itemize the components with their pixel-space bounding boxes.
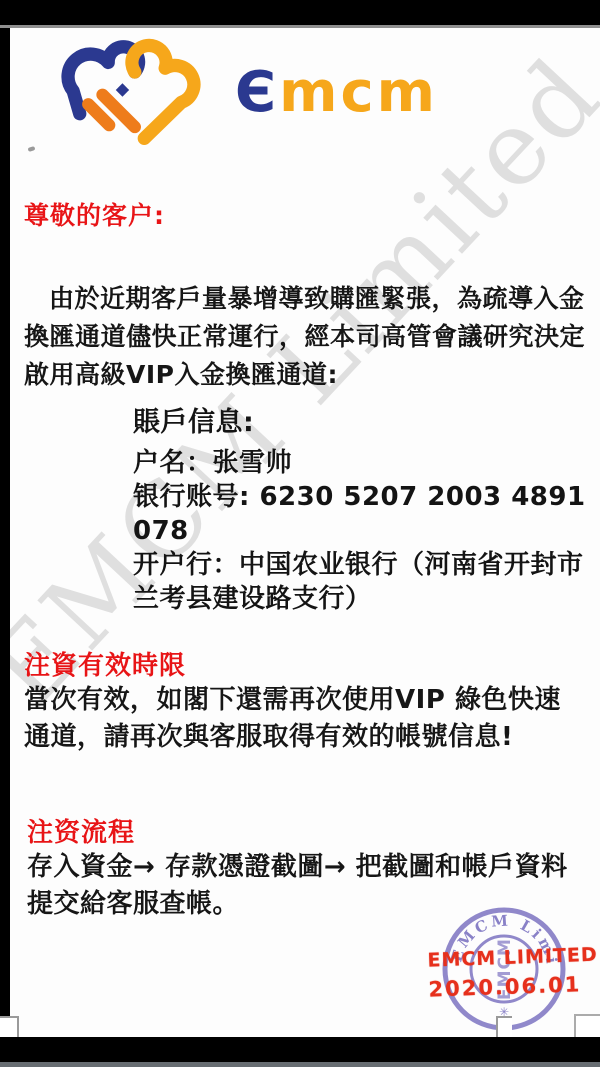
account-bank-line: 开户行：中国农业银行（河南省开封市兰考县建设路支行） [133,548,590,616]
account-info-title: 賬戶信息: [133,406,590,440]
top-letterbox-bar [0,0,600,28]
stamp-company-name: EMCM LIMITED [427,944,580,971]
left-letterbox-strip [0,28,10,1040]
process-heading: 注资流程 [27,812,135,849]
page-corner-middle [496,1016,512,1037]
account-holder-line: 户名：张雪帅 [133,446,590,480]
wordmark-letters-mcm: mcm [279,60,438,125]
stamp-overlay-text: EMCM LIMITED 2020.06.01 [427,944,581,1001]
greeting-heading: 尊敬的客户: [24,196,165,232]
validity-heading: 注資有效時限 [24,645,186,682]
notice-page: Єmcm EMCM Limited 尊敬的客户: 由於近期客戶量暴增導致購匯緊張… [0,0,600,1067]
brand-header: Єmcm [55,34,438,146]
emcm-wordmark: Єmcm [235,65,438,121]
page-corner-left [0,1016,19,1037]
wordmark-letter-e: Є [235,60,279,125]
emcm-heart-logo [55,34,207,146]
account-info-block: 賬戶信息: 户名：张雪帅 银行账号: 6230 5207 2003 4891 0… [133,406,590,616]
bottom-letterbox-bar [0,1037,600,1067]
stray-mark [28,146,36,152]
validity-paragraph: 當次有效，如閣下還需再次使用VIP 綠色快速通道，請再次與客服取得有效的帳號信息… [24,682,586,756]
intro-paragraph: 由於近期客戶量暴增導致購匯緊張，為疏導入金換匯通道儘快正常運行，經本司高管會議研… [24,280,586,394]
page-corner-right [574,1014,600,1037]
account-number-line: 银行账号: 6230 5207 2003 4891 078 [133,480,590,548]
